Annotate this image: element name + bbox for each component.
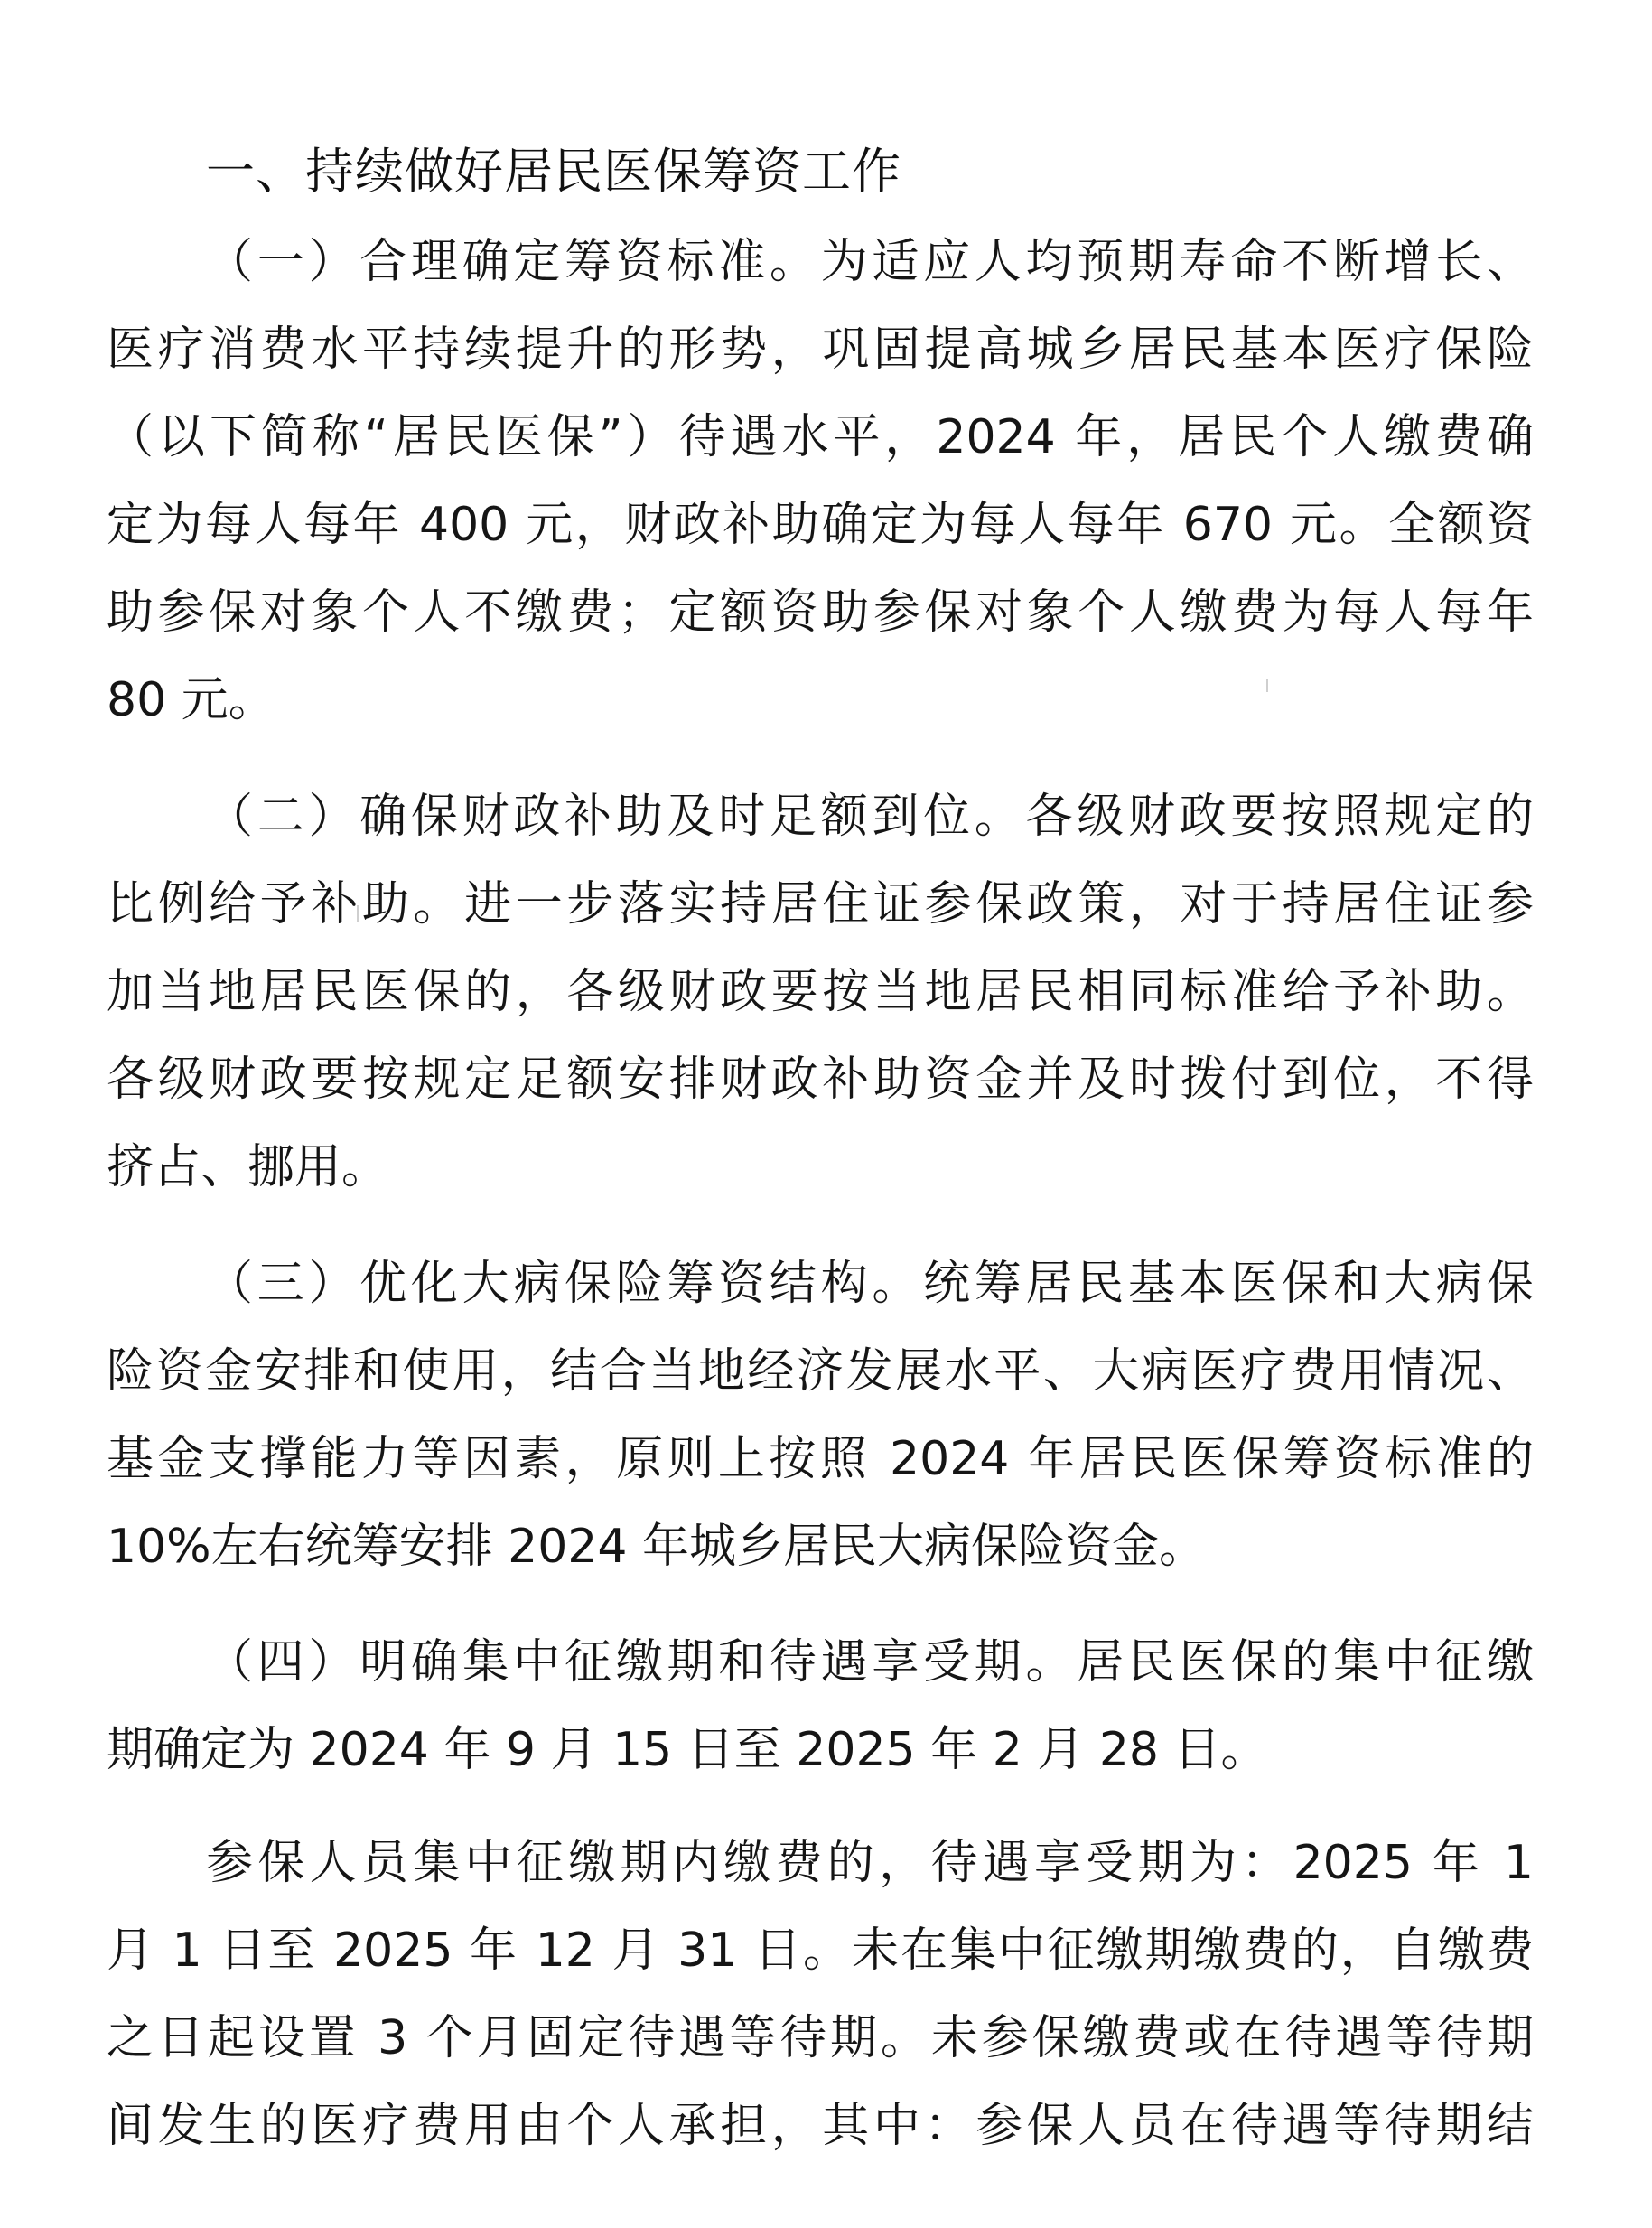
paragraph-line: 10%左右统筹安排 2024 年城乡居民大病保险资金。 — [107, 1518, 1534, 1576]
paragraph-line: 80 元。 — [107, 671, 1534, 729]
paragraph-line: 医疗消费水平持续提升的形势，巩固提高城乡居民基本医疗保险 — [107, 321, 1534, 379]
paragraph-line: 基金支撑能力等因素，原则上按照 2024 年居民医保筹资标准的 — [107, 1430, 1534, 1488]
scan-artifact — [1266, 679, 1268, 692]
paragraph-line: 加当地居民医保的，各级财政要按当地居民相同标准给予补助。 — [107, 963, 1534, 1021]
paragraph-line: （四）明确集中征缴期和待遇享受期。居民医保的集中征缴 — [206, 1634, 1534, 1691]
paragraph-line: 月 1 日至 2025 年 12 月 31 日。未在集中征缴期缴费的，自缴费 — [107, 1922, 1534, 1980]
paragraph-line: 各级财政要按规定足额安排财政补助资金并及时拨付到位，不得 — [107, 1051, 1534, 1109]
section-heading: 一、持续做好居民医保筹资工作 — [206, 143, 901, 201]
document-page: 一、持续做好居民医保筹资工作 （一）合理确定筹资标准。为适应人均预期寿命不断增长… — [0, 0, 1652, 2228]
paragraph-line: （三）优化大病保险筹资结构。统筹居民基本医保和大病保 — [206, 1255, 1534, 1313]
paragraph-line: 比例给予补助。进一步落实持居住证参保政策，对于持居住证参 — [107, 875, 1534, 933]
paragraph-line: 参保人员集中征缴期内缴费的，待遇享受期为：2025 年 1 — [206, 1834, 1534, 1892]
paragraph-line: 定为每人每年 400 元，财政补助确定为每人每年 670 元。全额资 — [107, 496, 1534, 554]
paragraph-line: （以下简称“居民医保”）待遇水平，2024 年，居民个人缴费确 — [107, 408, 1534, 466]
paragraph-line: （一）合理确定筹资标准。为适应人均预期寿命不断增长、 — [206, 233, 1534, 291]
scan-artifact — [1261, 592, 1263, 604]
paragraph-line: 险资金安排和使用，结合当地经济发展水平、大病医疗费用情况、 — [107, 1343, 1534, 1400]
paragraph-line: （二）确保财政补助及时足额到位。各级财政要按照规定的 — [206, 788, 1534, 846]
paragraph-line: 助参保对象个人不缴费；定额资助参保对象个人缴费为每人每年 — [107, 584, 1534, 641]
scan-artifact — [357, 905, 359, 922]
paragraph-line: 之日起设置 3 个月固定待遇等待期。未参保缴费或在待遇等待期 — [107, 2009, 1534, 2067]
paragraph-line: 间发生的医疗费用由个人承担，其中：参保人员在待遇等待期结 — [107, 2097, 1534, 2155]
paragraph-line: 期确定为 2024 年 9 月 15 日至 2025 年 2 月 28 日。 — [107, 1721, 1534, 1779]
paragraph-line: 挤占、挪用。 — [107, 1138, 1534, 1196]
